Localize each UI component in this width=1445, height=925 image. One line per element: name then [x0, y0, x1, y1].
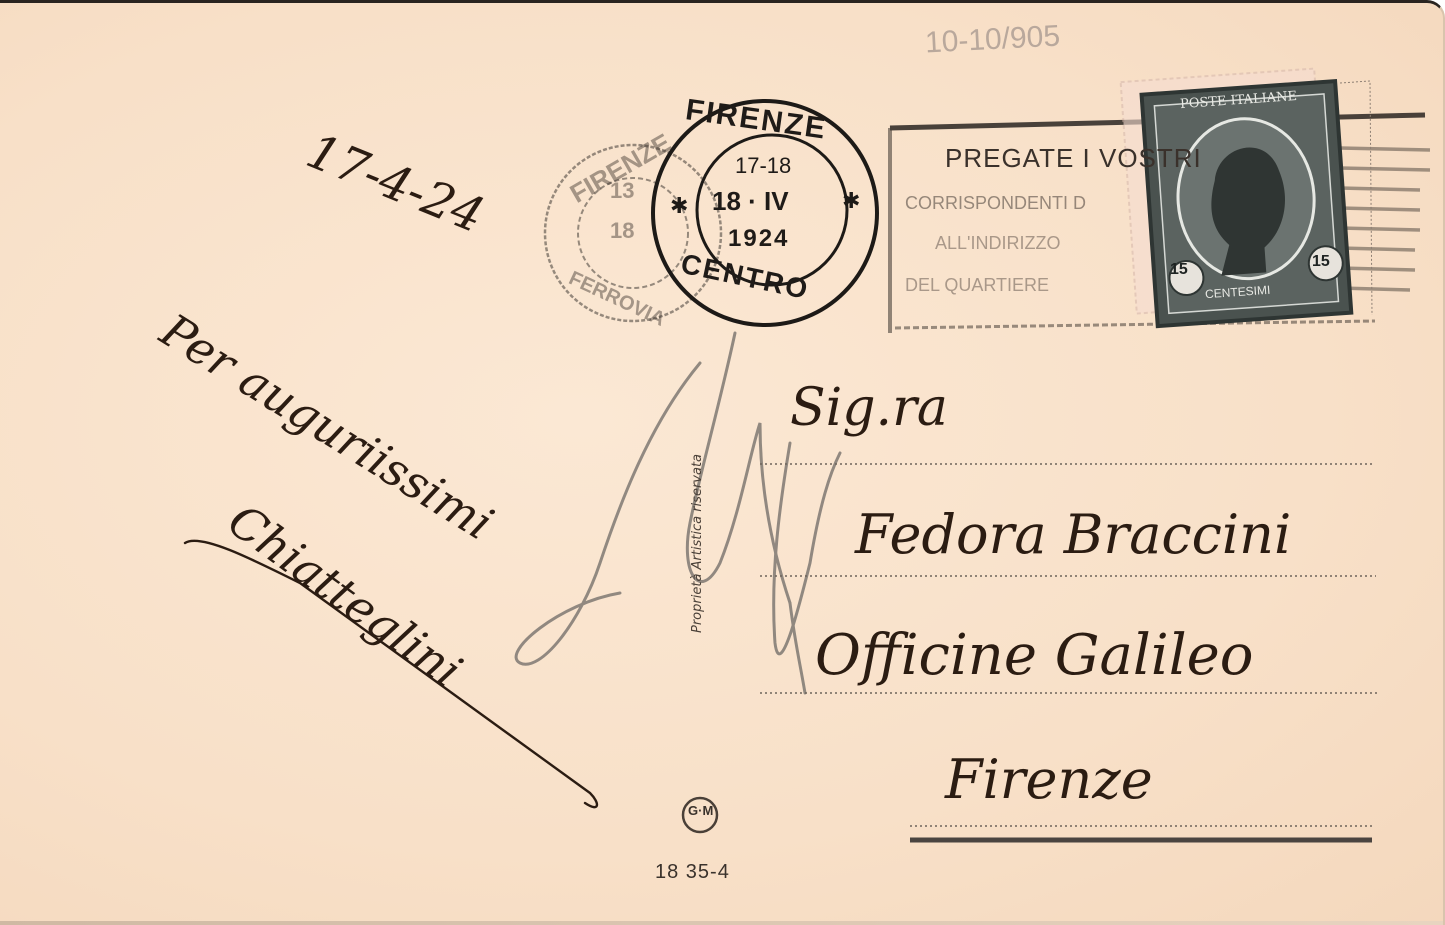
- artistic-property-note: Proprietà Artistica riservata: [690, 454, 705, 633]
- postmark-secondary-hours: 13: [610, 178, 634, 204]
- postcard-back: ✱ ✱: [0, 0, 1445, 925]
- address-city: Firenze: [945, 748, 1153, 811]
- slogan-line-2: CORRISPONDENTI D: [905, 193, 1086, 214]
- slogan-line-4: DEL QUARTIERE: [905, 275, 1049, 296]
- svg-text:✱: ✱: [842, 189, 860, 214]
- postmark-hours: 17-18: [735, 153, 791, 179]
- address-name: Fedora Braccini: [855, 503, 1291, 566]
- stamp-value-right: 15: [1312, 253, 1330, 271]
- svg-text:✱: ✱: [670, 194, 688, 219]
- address-company: Officine Galileo: [815, 623, 1253, 688]
- postmark-year: 1924: [728, 225, 789, 253]
- address-title: Sig.ra: [790, 378, 948, 438]
- catalog-number: 18 35-4: [655, 861, 730, 884]
- postmark-day-month: 18 · IV: [712, 186, 789, 217]
- pencil-note-top: 10-10/905: [924, 19, 1061, 60]
- signature-underline: [185, 541, 597, 807]
- postcard-artwork: ✱ ✱: [0, 3, 1445, 925]
- stamp-value-left: 15: [1170, 261, 1188, 279]
- slogan-line-3: ALL'INDIRIZZO: [935, 233, 1060, 254]
- slogan-line-1: PREGATE I VOSTRI: [945, 143, 1202, 174]
- gam-logo-text: G·M: [688, 803, 713, 818]
- postmark-secondary-day: 18: [610, 218, 634, 244]
